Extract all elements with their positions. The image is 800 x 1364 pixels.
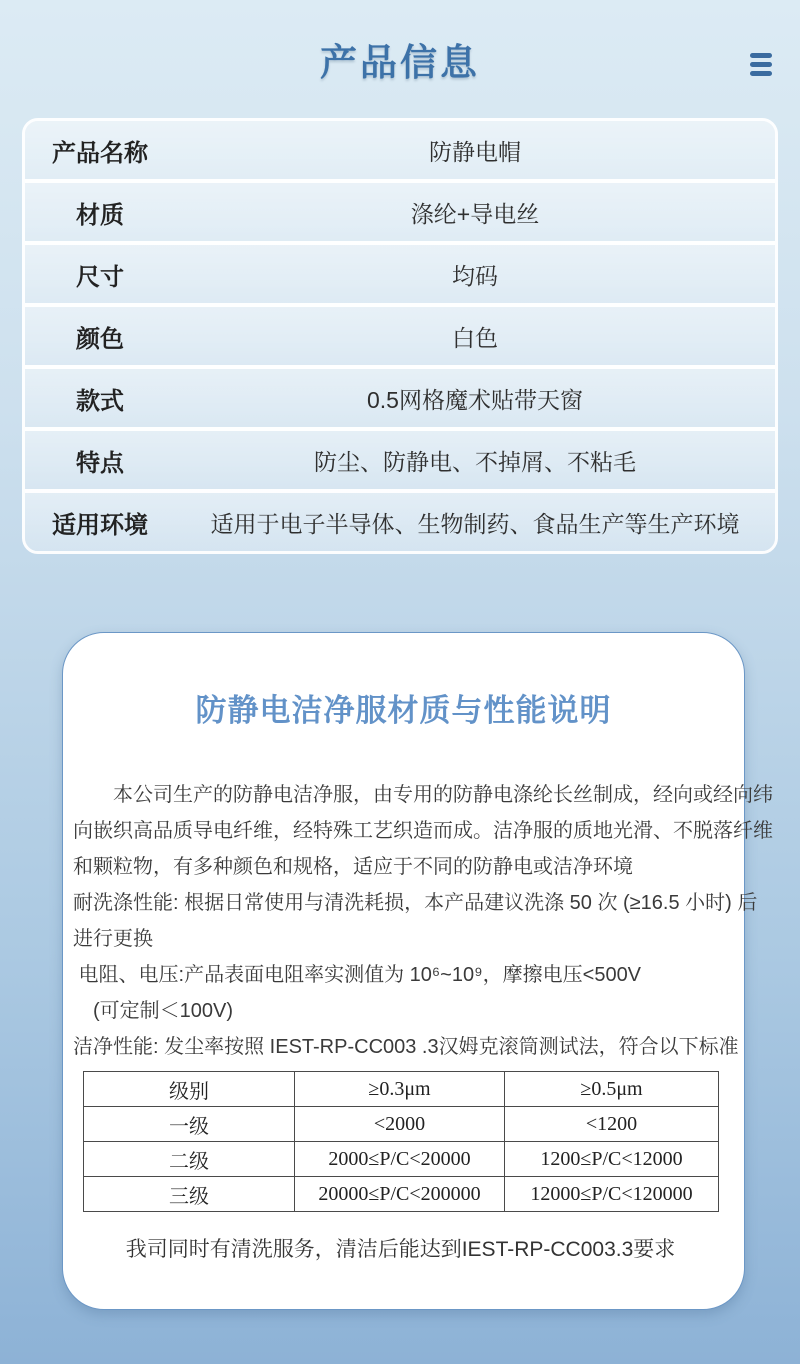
description-line: 本公司生产的防静电洁净服，由专用的防静电涤纶长丝制成，经向或经向纬 <box>73 777 728 813</box>
card-title: 防静电洁净服材质与性能说明 <box>73 691 744 731</box>
hamburger-bar <box>750 53 772 58</box>
hamburger-icon[interactable] <box>750 52 774 76</box>
cell-level: 三级 <box>84 1177 295 1212</box>
spec-label: 尺寸 <box>25 257 175 292</box>
table-row: 二级 2000≤P/C<20000 1200≤P/C<12000 <box>84 1142 719 1177</box>
cell-level: 一级 <box>84 1107 295 1142</box>
spec-row-material: 材质 涤纶+导电丝 <box>25 183 775 245</box>
spec-label: 颜色 <box>25 319 175 354</box>
cell-value: 20000≤P/C<200000 <box>295 1177 505 1212</box>
product-spec-table: 产品名称 防静电帽 材质 涤纶+导电丝 尺寸 均码 颜色 白色 款式 0.5网格… <box>22 118 778 554</box>
header-cell-level: 级别 <box>84 1072 295 1107</box>
table-row: 一级 <2000 <1200 <box>84 1107 719 1142</box>
spec-row-color: 颜色 白色 <box>25 307 775 369</box>
table-row: 三级 20000≤P/C<200000 12000≤P/C<120000 <box>84 1177 719 1212</box>
hamburger-bar <box>750 71 772 76</box>
table-header-row: 级别 ≥0.3μm ≥0.5μm <box>84 1072 719 1107</box>
page-header: 产品信息 <box>0 0 800 118</box>
description-line: 向嵌织高品质导电纤维，经特殊工艺织造而成。洁净服的质地光滑、不脱落纤维 <box>73 813 728 849</box>
description-line: 和颗粒物，有多种颜色和规格，适应于不同的防静电或洁净环境 <box>73 849 728 885</box>
spec-value: 涤纶+导电丝 <box>175 196 775 229</box>
description-line: 耐洗涤性能: 根据日常使用与清洗耗损，本产品建议洗涤 50 次 (≥16.5 小… <box>73 885 728 921</box>
spec-row-style: 款式 0.5网格魔术贴带天窗 <box>25 369 775 431</box>
card-description: 本公司生产的防静电洁净服，由专用的防静电涤纶长丝制成，经向或经向纬 向嵌织高品质… <box>73 777 728 1065</box>
spec-row-name: 产品名称 防静电帽 <box>25 121 775 183</box>
header-cell-05um: ≥0.5μm <box>505 1072 719 1107</box>
cell-value: <2000 <box>295 1107 505 1142</box>
cell-value: 1200≤P/C<12000 <box>505 1142 719 1177</box>
spec-value: 均码 <box>175 258 775 291</box>
description-line: 进行更换 <box>73 921 728 957</box>
description-line: 洁净性能: 发尘率按照 IEST-RP-CC003 .3汉姆克滚筒测试法，符合以… <box>73 1029 728 1065</box>
spec-row-environment: 适用环境 适用于电子半导体、生物制药、食品生产等生产环境 <box>25 493 775 551</box>
page-title: 产品信息 <box>320 32 480 86</box>
header-cell-03um: ≥0.3μm <box>295 1072 505 1107</box>
spec-row-size: 尺寸 均码 <box>25 245 775 307</box>
spec-row-features: 特点 防尘、防静电、不掉屑、不粘毛 <box>25 431 775 493</box>
spec-label: 适用环境 <box>25 505 175 540</box>
spec-label: 材质 <box>25 195 175 230</box>
spec-value: 白色 <box>175 320 775 353</box>
spec-value: 0.5网格魔术贴带天窗 <box>175 382 775 415</box>
cell-value: 2000≤P/C<20000 <box>295 1142 505 1177</box>
cell-level: 二级 <box>84 1142 295 1177</box>
spec-label: 产品名称 <box>25 133 175 168</box>
spec-value: 防静电帽 <box>175 134 775 167</box>
description-line: (可定制＜100V) <box>73 993 728 1029</box>
description-line: 电阻、电压:产品表面电阻率实测值为 10⁶~10⁹，摩擦电压<500V <box>73 957 728 993</box>
hamburger-bar <box>750 62 772 67</box>
material-performance-card: 防静电洁净服材质与性能说明 本公司生产的防静电洁净服，由专用的防静电涤纶长丝制成… <box>62 632 745 1310</box>
dust-emission-table: 级别 ≥0.3μm ≥0.5μm 一级 <2000 <1200 二级 2000≤… <box>83 1071 719 1212</box>
spec-value: 适用于电子半导体、生物制药、食品生产等生产环境 <box>175 506 775 539</box>
cell-value: <1200 <box>505 1107 719 1142</box>
spec-value: 防尘、防静电、不掉屑、不粘毛 <box>175 444 775 477</box>
spec-label: 款式 <box>25 381 175 416</box>
spec-label: 特点 <box>25 443 175 478</box>
cleaning-service-note: 我司同时有清洗服务，清洁后能达到IEST-RP-CC003.3要求 <box>73 1236 728 1264</box>
cell-value: 12000≤P/C<120000 <box>505 1177 719 1212</box>
